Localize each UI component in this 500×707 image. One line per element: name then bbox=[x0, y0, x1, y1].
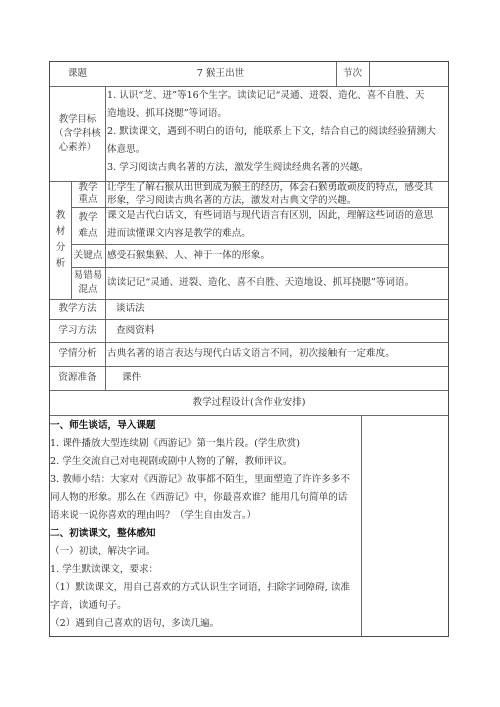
label-char: 材 bbox=[56, 224, 66, 240]
content-line: 形象，学习阅读古典名著的方法，激发对古典文学的兴趣。 bbox=[107, 194, 447, 207]
student-analysis-value: 古典名著的语言表达与现代白话文语言不同，初次接触有一定难度。 bbox=[105, 342, 448, 366]
divider bbox=[105, 86, 106, 390]
content-line: 进而读懂课文内容是教学的难点。 bbox=[107, 225, 447, 243]
process-title: 教学过程设计(含作业安排) bbox=[50, 390, 448, 415]
difficult-points-content: 课文是古代白话文，有些词语与现代语言有区别，因此，理解这些词语的意思 进而读懂课… bbox=[105, 207, 448, 244]
error-prone-content: 读读记记“灵通、迸裂、造化、喜不自胜、天造地设、抓耳挠腮”等词语。 bbox=[105, 267, 448, 299]
objectives-label: 教学目标 （含学科核 心素养） bbox=[50, 86, 105, 181]
key-points-label: 教学 重点 bbox=[71, 181, 105, 207]
teaching-method-value: 谈话法 bbox=[116, 299, 436, 319]
process-line: 同人物的形象。那么在《西游记》中，你最喜欢谁？能用几句简单的话 bbox=[50, 489, 361, 507]
label-line: 教学 bbox=[78, 210, 97, 226]
objectives-label-line: 心素养） bbox=[59, 141, 97, 155]
session-label: 节次 bbox=[336, 62, 369, 86]
key-element-label: 关键点 bbox=[71, 244, 105, 267]
content-line: 感受石猴集猴、人、神于一体的形象。 bbox=[107, 247, 270, 265]
process-content: 一、师生谈话，导入课题 1. 课件播放大型连续剧《西游记》第一集片段。(学生欣赏… bbox=[50, 417, 361, 635]
learning-method-value: 查阅资料 bbox=[116, 319, 436, 342]
lesson-plan-table: 课题 7 猴王出世 节次 教学目标 （含学科核 心素养） 1. 认识“芝、迸”等… bbox=[49, 61, 449, 637]
label-line: 易错易 bbox=[74, 269, 103, 283]
objectives-label-line: 教学目标 bbox=[59, 113, 97, 127]
learning-method-label: 学习方法 bbox=[50, 319, 105, 342]
process-line: 2. 学生交流自己对电视剧或剧中人物的了解，教师评议。 bbox=[50, 453, 361, 471]
resources-value: 课件 bbox=[122, 366, 422, 390]
material-analysis-label: 教 材 分 析 bbox=[50, 181, 71, 299]
divider bbox=[336, 62, 337, 86]
label-line: 教学 bbox=[78, 182, 97, 194]
process-notes[interactable] bbox=[362, 416, 448, 636]
objective-line: 3. 学习阅读古典名著的方法，激发学生阅读经典名著的兴趣。 bbox=[107, 159, 447, 177]
key-element-content: 感受石猴集猴、人、神于一体的形象。 bbox=[105, 244, 448, 267]
content-line: 读读记记“灵通、迸裂、造化、喜不自胜、天造地设、抓耳挠腮”等词语。 bbox=[107, 274, 414, 292]
process-line: 语来说一说你喜欢的理由吗？（学生自由发言。） bbox=[50, 507, 361, 525]
process-line: 字音，读通句子。 bbox=[50, 597, 361, 615]
process-line: （1）默读课文，用自己喜欢的方式认识生字词语，扫除字词障碍, 读准 bbox=[50, 579, 361, 597]
content-line: 课文是古代白话文，有些词语与现代语言有区别，因此，理解这些词语的意思 bbox=[107, 207, 447, 225]
objective-line: 体意思。 bbox=[107, 141, 447, 159]
process-line: 3. 教师小结：大家对《西游记》故事都不陌生，里面塑造了许许多多不 bbox=[50, 471, 361, 489]
label-char: 析 bbox=[56, 256, 66, 272]
label-char: 分 bbox=[56, 240, 66, 256]
difficult-points-label: 教学 难点 bbox=[71, 207, 105, 244]
process-line: 1. 学生默读课文，要求： bbox=[50, 561, 361, 579]
objective-line: 1. 认识“芝、迸”等16个生字。读读记记“灵通、迸裂、造化、喜不自胜、天 bbox=[107, 87, 447, 105]
teaching-method-label: 教学方法 bbox=[50, 299, 105, 319]
process-line: （一）初读，解决字词。 bbox=[50, 543, 361, 561]
label-line: 难点 bbox=[78, 226, 97, 242]
process-line: （2）遇到自己喜欢的语句，多读几遍。 bbox=[50, 615, 361, 633]
label-line: 混点 bbox=[78, 283, 97, 297]
section-heading: 一、师生谈话，导入课题 bbox=[50, 417, 361, 435]
resources-label: 资源准备 bbox=[50, 366, 105, 390]
label-char: 教 bbox=[56, 208, 66, 224]
section-heading: 二、初读课文，整体感知 bbox=[50, 525, 361, 543]
label-line: 重点 bbox=[78, 194, 97, 206]
objectives-content: 1. 认识“芝、迸”等16个生字。读读记记“灵通、迸裂、造化、喜不自胜、天 造地… bbox=[105, 87, 448, 181]
content-line: 让学生了解石猴从出世到成为猴王的经历，体会石猴勇敢顽皮的特点，感受其 bbox=[107, 181, 447, 194]
topic-label: 课题 bbox=[50, 62, 105, 86]
lesson-plan-page: 课题 7 猴王出世 节次 教学目标 （含学科核 心素养） 1. 认识“芝、迸”等… bbox=[0, 0, 500, 707]
key-points-content: 让学生了解石猴从出世到成为猴王的经历，体会石猴勇敢顽皮的特点，感受其 形象，学习… bbox=[105, 181, 448, 207]
objectives-label-line: （含学科核 bbox=[54, 127, 101, 141]
topic-value: 7 猴王出世 bbox=[105, 62, 336, 86]
process-line: 1. 课件播放大型连续剧《西游记》第一集片段。(学生欣赏) bbox=[50, 435, 361, 453]
error-prone-label: 易错易 混点 bbox=[71, 267, 105, 299]
objective-line: 2. 默读课文，遇到不明白的语句，能联系上下文，结合自己的阅读经验猜测大 bbox=[107, 123, 447, 141]
session-value[interactable] bbox=[369, 62, 449, 86]
objective-line: 造地设、抓耳挠腮”等词语。 bbox=[107, 105, 447, 123]
divider bbox=[369, 62, 370, 86]
student-analysis-label: 学情分析 bbox=[50, 342, 105, 366]
